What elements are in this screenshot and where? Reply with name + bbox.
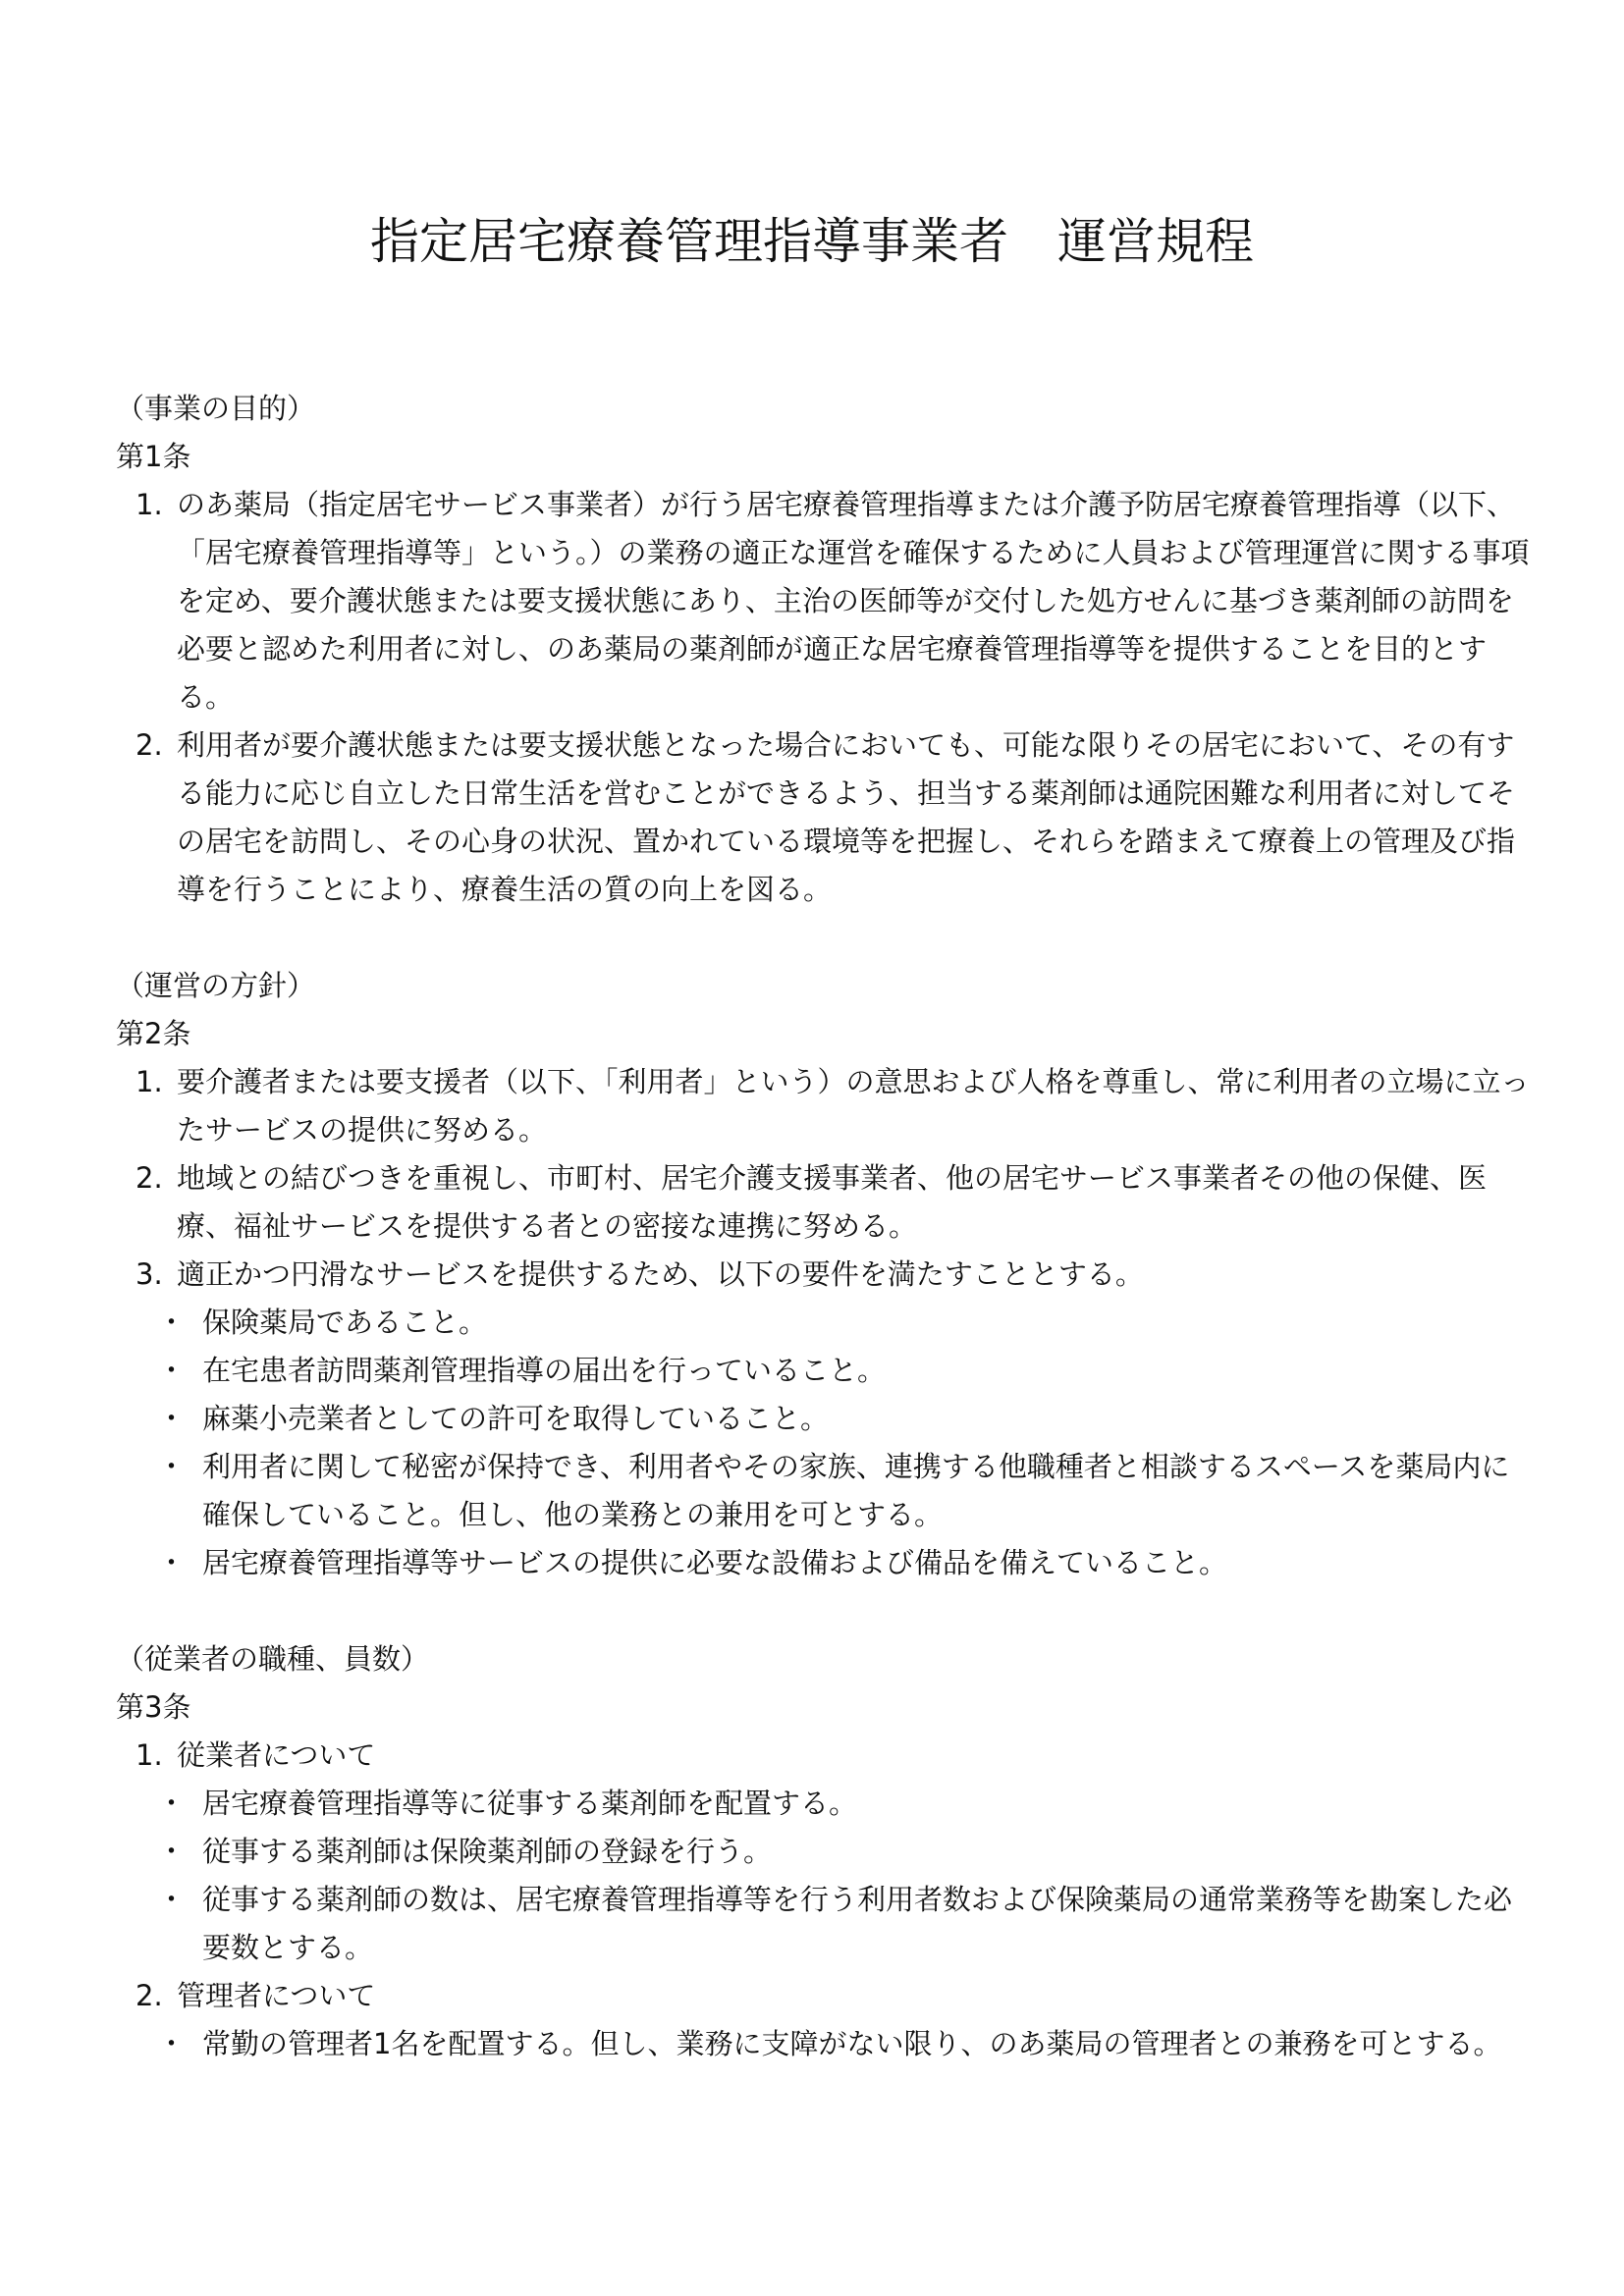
bullet-text: 在宅患者訪問薬剤管理指導の届出を行っていること。 <box>202 1347 1530 1395</box>
list-item: 3. 適正かつ円滑なサービスを提供するため、以下の要件を満たすこととする。 <box>116 1251 1530 1299</box>
article-heading: （運営の方針） <box>116 962 1530 1010</box>
bullet-item: ・ 従事する薬剤師は保険薬剤師の登録を行う。 <box>116 1828 1530 1876</box>
bullet-text: 利用者に関して秘密が保持でき、利用者やその家族、連携する他職種者と相談するスペー… <box>202 1443 1530 1539</box>
document-page: 指定居宅療養管理指導事業者 運営規程 （事業の目的） 第1条 1. のあ薬局（指… <box>0 0 1624 2296</box>
article-1: （事業の目的） 第1条 1. のあ薬局（指定居宅サービス事業者）が行う居宅療養管… <box>116 385 1530 914</box>
article-heading: （従業者の職種、員数） <box>116 1635 1530 1683</box>
bullet-item: ・ 利用者に関して秘密が保持でき、利用者やその家族、連携する他職種者と相談するス… <box>116 1443 1530 1539</box>
bullet-text: 常勤の管理者1名を配置する。但し、業務に支障がない限り、のあ薬局の管理者との兼務… <box>202 2020 1530 2068</box>
document-body: （事業の目的） 第1条 1. のあ薬局（指定居宅サービス事業者）が行う居宅療養管… <box>116 385 1530 2068</box>
bullet-item: ・ 在宅患者訪問薬剤管理指導の届出を行っていること。 <box>116 1347 1530 1395</box>
item-text: のあ薬局（指定居宅サービス事業者）が行う居宅療養管理指導または介護予防居宅療養管… <box>177 481 1530 721</box>
list-item: 1. 要介護者または要支援者（以下、「利用者」という）の意思および人格を尊重し、… <box>116 1058 1530 1154</box>
item-number: 2. <box>135 1972 163 2020</box>
bullet-item: ・ 従事する薬剤師の数は、居宅療養管理指導等を行う利用者数および保険薬局の通常業… <box>116 1876 1530 1972</box>
bullet-item: ・ 麻薬小売業者としての許可を取得していること。 <box>116 1395 1530 1443</box>
item-text: 従業者について <box>177 1732 1530 1780</box>
document-title: 指定居宅療養管理指導事業者 運営規程 <box>0 210 1624 273</box>
bullet-text: 保険薬局であること。 <box>202 1299 1530 1347</box>
bullet-dot-icon: ・ <box>157 2020 186 2068</box>
item-number: 1. <box>135 1058 163 1106</box>
list-item: 1. 従業者について <box>116 1732 1530 1780</box>
item-text: 利用者が要介護状態または要支援状態となった場合においても、可能な限りその居宅にお… <box>177 721 1530 914</box>
bullet-dot-icon: ・ <box>157 1539 186 1587</box>
bullet-text: 従事する薬剤師の数は、居宅療養管理指導等を行う利用者数および保険薬局の通常業務等… <box>202 1876 1530 1972</box>
article-number: 第1条 <box>116 433 1530 481</box>
article-number: 第2条 <box>116 1010 1530 1058</box>
list-item: 2. 利用者が要介護状態または要支援状態となった場合においても、可能な限りその居… <box>116 721 1530 914</box>
bullet-text: 居宅療養管理指導等に従事する薬剤師を配置する。 <box>202 1780 1530 1828</box>
bullet-dot-icon: ・ <box>157 1828 186 1876</box>
article-heading: （事業の目的） <box>116 385 1530 433</box>
list-item: 2. 地域との結びつきを重視し、市町村、居宅介護支援事業者、他の居宅サービス事業… <box>116 1154 1530 1251</box>
article-3: （従業者の職種、員数） 第3条 1. 従業者について ・ 居宅療養管理指導等に従… <box>116 1635 1530 2068</box>
bullet-dot-icon: ・ <box>157 1780 186 1828</box>
article-2: （運営の方針） 第2条 1. 要介護者または要支援者（以下、「利用者」という）の… <box>116 962 1530 1587</box>
bullet-item: ・ 保険薬局であること。 <box>116 1299 1530 1347</box>
item-text: 管理者について <box>177 1972 1530 2020</box>
list-item: 2. 管理者について <box>116 1972 1530 2020</box>
bullet-item: ・ 常勤の管理者1名を配置する。但し、業務に支障がない限り、のあ薬局の管理者との… <box>116 2020 1530 2068</box>
item-text: 地域との結びつきを重視し、市町村、居宅介護支援事業者、他の居宅サービス事業者その… <box>177 1154 1530 1251</box>
item-number: 2. <box>135 1154 163 1202</box>
list-item: 1. のあ薬局（指定居宅サービス事業者）が行う居宅療養管理指導または介護予防居宅… <box>116 481 1530 721</box>
bullet-text: 従事する薬剤師は保険薬剤師の登録を行う。 <box>202 1828 1530 1876</box>
bullet-item: ・ 居宅療養管理指導等サービスの提供に必要な設備および備品を備えていること。 <box>116 1539 1530 1587</box>
bullet-text: 居宅療養管理指導等サービスの提供に必要な設備および備品を備えていること。 <box>202 1539 1530 1587</box>
bullet-dot-icon: ・ <box>157 1347 186 1395</box>
bullet-item: ・ 居宅療養管理指導等に従事する薬剤師を配置する。 <box>116 1780 1530 1828</box>
item-number: 2. <box>135 721 163 770</box>
bullet-dot-icon: ・ <box>157 1876 186 1924</box>
article-number: 第3条 <box>116 1683 1530 1732</box>
bullet-dot-icon: ・ <box>157 1443 186 1491</box>
bullet-text: 麻薬小売業者としての許可を取得していること。 <box>202 1395 1530 1443</box>
item-text: 適正かつ円滑なサービスを提供するため、以下の要件を満たすこととする。 <box>177 1251 1530 1299</box>
bullet-dot-icon: ・ <box>157 1299 186 1347</box>
bullet-dot-icon: ・ <box>157 1395 186 1443</box>
item-number: 1. <box>135 1732 163 1780</box>
item-number: 1. <box>135 481 163 529</box>
item-text: 要介護者または要支援者（以下、「利用者」という）の意思および人格を尊重し、常に利… <box>177 1058 1530 1154</box>
item-number: 3. <box>135 1251 163 1299</box>
